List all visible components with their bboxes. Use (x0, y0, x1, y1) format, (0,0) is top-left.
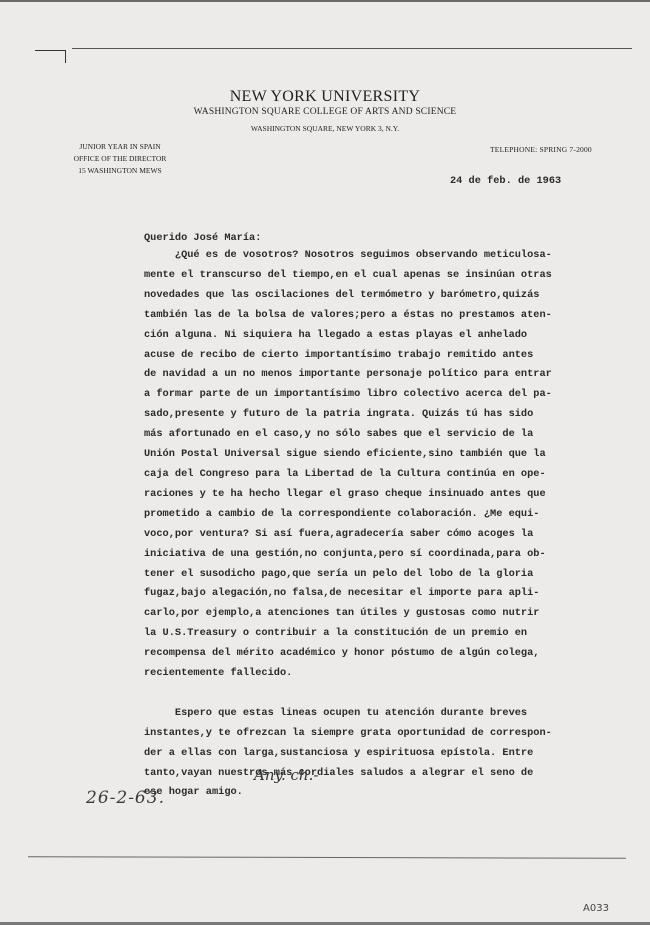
body-line (144, 684, 604, 704)
letterhead-organization: NEW YORK UNIVERSITY (0, 88, 650, 106)
body-line: prometido a cambio de la correspondiente… (144, 505, 604, 525)
body-line: mente el transcurso del tiempo,en el cua… (144, 266, 604, 286)
body-line: más afortunado en el caso,y no sólo sabe… (144, 425, 604, 445)
body-line: ción alguna. Ni siquiera ha llegado a es… (144, 326, 604, 346)
letterhead-office-block: JUNIOR YEAR IN SPAIN OFFICE OF THE DIREC… (60, 141, 180, 177)
letterhead-address: WASHINGTON SQUARE, NEW YORK 3, N.Y. (0, 124, 650, 133)
body-line: Espero que estas lineas ocupen tu atenci… (144, 704, 604, 724)
body-line: tanto,vayan nuestros más cordiales salud… (144, 764, 604, 784)
body-line: tener el susodicho pago,que sería un pel… (144, 565, 604, 585)
salutation: Querido José María: (144, 232, 261, 244)
office-line: OFFICE OF THE DIRECTOR (60, 153, 180, 165)
handwritten-date: 26-2-63. (86, 788, 165, 808)
body-line: iniciativa de una gestión,no conjunta,pe… (144, 545, 604, 565)
body-line: ese hogar amigo. (144, 783, 604, 803)
letterhead-college: WASHINGTON SQUARE COLLEGE OF ARTS AND SC… (0, 107, 650, 117)
top-rule (72, 48, 632, 49)
body-line: la U.S.Treasury o contribuir a la consti… (144, 624, 604, 644)
letterhead-telephone: TELEPHONE: SPRING 7-2000 (490, 145, 592, 154)
letter-body: ¿Qué es de vosotros? Nosotros seguimos o… (144, 246, 604, 803)
body-line: recompensa del mérito académico y honor … (144, 644, 604, 664)
scan-edge-top (0, 0, 650, 2)
corner-mark (35, 50, 66, 63)
body-line: voco,por ventura? Si así fuera,agradecer… (144, 525, 604, 545)
body-line: novedades que las oscilaciones del termó… (144, 286, 604, 306)
archive-code: A033 (583, 903, 609, 914)
body-line: fugaz,bajo alegación,no falsa,de necesit… (144, 584, 604, 604)
signature: Any. ch.- (254, 766, 318, 784)
body-line: a formar parte de un importantísimo libr… (144, 385, 604, 405)
body-line: ¿Qué es de vosotros? Nosotros seguimos o… (144, 246, 604, 266)
body-line: sado,presente y futuro de la patria ingr… (144, 405, 604, 425)
body-line: también las de la bolsa de valores;pero … (144, 306, 604, 326)
body-line: recientemente fallecido. (144, 664, 604, 684)
office-line: 15 WASHINGTON MEWS (60, 165, 180, 177)
body-line: caja del Congreso para la Libertad de la… (144, 465, 604, 485)
body-line: der a ellas con larga,sustanciosa y espi… (144, 744, 604, 764)
letter-date: 24 de feb. de 1963 (450, 175, 561, 187)
body-line: raciones y te ha hecho llegar el graso c… (144, 485, 604, 505)
body-line: Unión Postal Universal sigue siendo efic… (144, 445, 604, 465)
body-line: de navidad a un no menos importante pers… (144, 365, 604, 385)
office-line: JUNIOR YEAR IN SPAIN (60, 141, 180, 153)
body-line: carlo,por ejemplo,a atenciones tan útile… (144, 604, 604, 624)
body-line: instantes,y te ofrezcan la siempre grata… (144, 724, 604, 744)
bottom-rule (28, 856, 626, 859)
body-line: acuse de recibo de cierto importantísimo… (144, 346, 604, 366)
